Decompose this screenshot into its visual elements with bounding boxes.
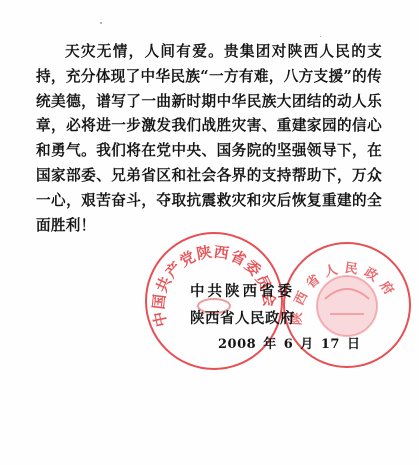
scan-speck — [320, 36, 321, 37]
signature-party-committee: 中共陕西省委 — [190, 280, 295, 301]
scan-speck — [100, 22, 102, 24]
signature-provincial-government: 陕西省人民政府 — [190, 307, 295, 328]
signature-date: 2008 年 6 月 17 日 — [218, 333, 360, 352]
document-page: 天灾无情，人间有爱。贵集团对陕西人民的支持，充分体现了中华民族“一方有难，八方支… — [0, 0, 419, 465]
letter-body-paragraph: 天灾无情，人间有爱。贵集团对陕西人民的支持，充分体现了中华民族“一方有难，八方支… — [36, 40, 382, 238]
